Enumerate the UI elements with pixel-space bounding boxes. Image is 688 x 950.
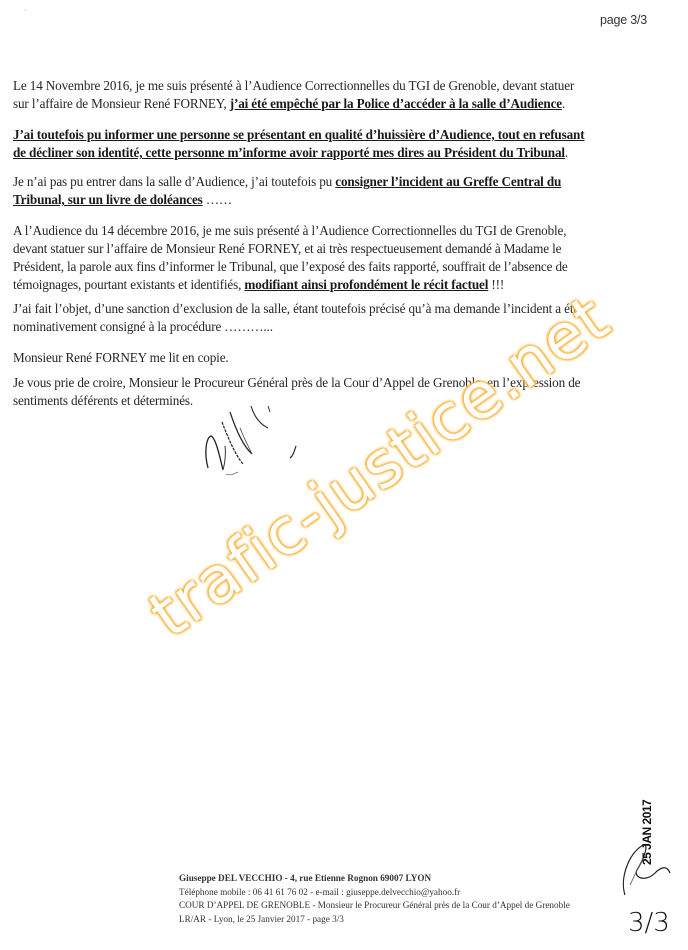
text-line: de décliner son identité, cette personne… — [13, 144, 663, 162]
text-line: Je vous prie de croire, Monsieur le Proc… — [13, 374, 663, 392]
text-span: sur l’affaire de Monsieur René FORNEY, — [13, 96, 230, 111]
text-line: Je n’ai pas pu entrer dans la salle d’Au… — [13, 173, 663, 191]
paragraph-5: J’ai fait l’objet, d’une sanction d’excl… — [13, 300, 663, 336]
emphasis-text: J’ai toutefois pu informer une personne … — [13, 126, 663, 144]
text-span: …… — [203, 192, 232, 207]
handwritten-page-number: 3/3 — [628, 908, 670, 938]
text-line: Le 14 Novembre 2016, je me suis présenté… — [13, 77, 663, 95]
emphasis-text: modifiant ainsi profondément le récit fa… — [244, 277, 488, 292]
sender-contact: Téléphone mobile : 06 41 61 76 02 - e-ma… — [179, 886, 570, 900]
text-line: Président, la parole aux fins d’informer… — [13, 258, 663, 276]
handwritten-signature — [198, 398, 328, 498]
recipient-line: COUR D’APPEL DE GRENOBLE - Monsieur le P… — [179, 899, 570, 913]
paragraph-6: Monsieur René FORNEY me lit en copie. — [13, 349, 663, 367]
emphasis-text: consigner l’incident au Greffe Central d… — [335, 174, 561, 189]
send-date-line: LR/AR - Lyon, le 25 Janvier 2017 - page … — [179, 913, 570, 927]
text-line: témoignages, pourtant existants et ident… — [13, 276, 663, 294]
text-line: devant statuer sur l’affaire de Monsieur… — [13, 240, 663, 258]
text-line: nominativement consigné à la procédure …… — [13, 318, 663, 336]
text-line: A l’Audience du 14 décembre 2016, je me … — [13, 222, 663, 240]
text-span: Je n’ai pas pu entrer dans la salle d’Au… — [13, 174, 335, 189]
paragraph-3: Je n’ai pas pu entrer dans la salle d’Au… — [13, 173, 663, 209]
document-page: · page 3/3 Le 14 Novembre 2016, je me su… — [0, 0, 688, 950]
letter-footer: Giuseppe DEL VECCHIO - 4, rue Etienne Ro… — [179, 872, 570, 926]
text-line: J’ai fait l’objet, d’une sanction d’excl… — [13, 300, 663, 318]
text-span: !!! — [488, 277, 504, 292]
text-line: sur l’affaire de Monsieur René FORNEY, j… — [13, 95, 663, 113]
paragraph-4: A l’Audience du 14 décembre 2016, je me … — [13, 222, 663, 294]
text-span: témoignages, pourtant existants et ident… — [13, 277, 244, 292]
scan-speck: · — [24, 6, 27, 15]
page-number: page 3/3 — [600, 13, 647, 27]
emphasis-text: j’ai été empêché par la Police d’accéder… — [230, 96, 562, 111]
paragraph-7: Je vous prie de croire, Monsieur le Proc… — [13, 374, 663, 410]
sender-address: Giuseppe DEL VECCHIO - 4, rue Etienne Ro… — [179, 872, 570, 886]
text-span: . — [562, 96, 565, 111]
text-span: . — [565, 145, 568, 160]
text-line: Tribunal, sur un livre de doléances …… — [13, 191, 663, 209]
emphasis-text: de décliner son identité, cette personne… — [13, 145, 565, 160]
emphasis-text: Tribunal, sur un livre de doléances — [13, 192, 203, 207]
text-line: Monsieur René FORNEY me lit en copie. — [13, 349, 663, 367]
paragraph-2: J’ai toutefois pu informer une personne … — [13, 126, 663, 162]
received-date-stamp: 25 JAN 2017 — [640, 800, 654, 865]
text-line: sentiments déférents et déterminés. — [13, 392, 663, 410]
paragraph-1: Le 14 Novembre 2016, je me suis présenté… — [13, 77, 663, 113]
